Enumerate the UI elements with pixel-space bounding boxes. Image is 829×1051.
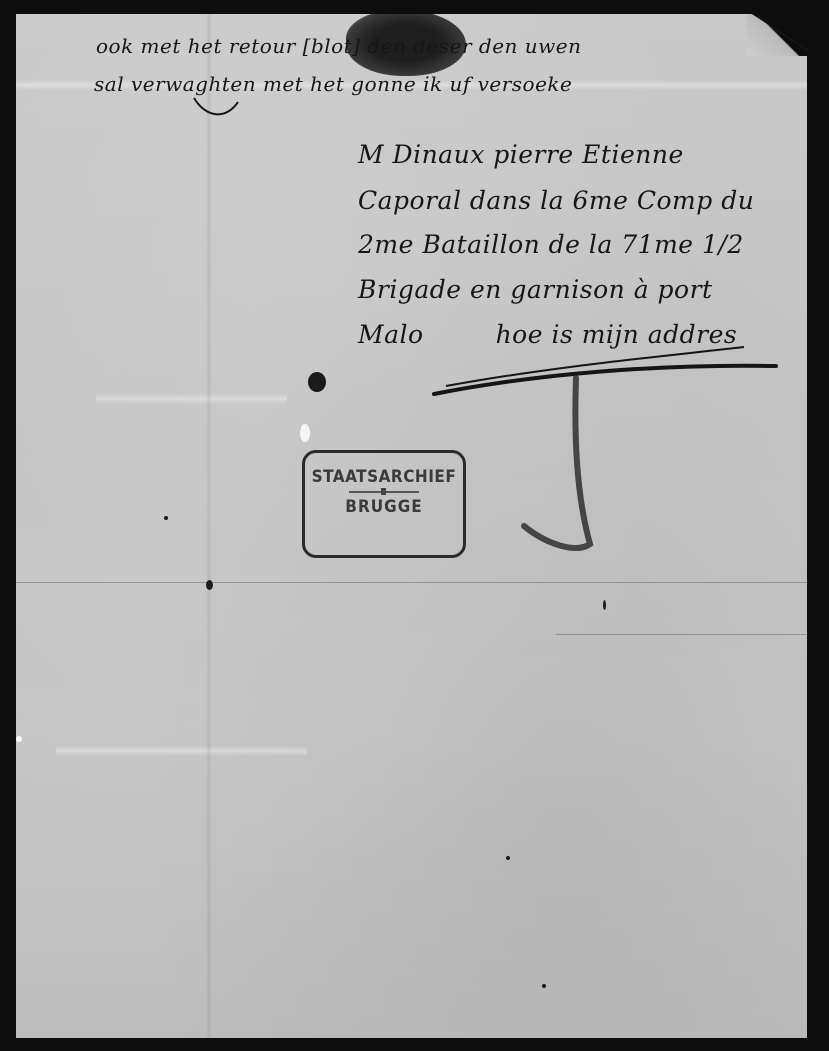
archive-stamp: STAATSARCHIEF BRUGGE (302, 450, 466, 558)
ink-spot (308, 372, 326, 392)
stamp-title: STAATSARCHIEF (305, 467, 463, 487)
ink-speck (603, 600, 606, 610)
stamp-city: BRUGGE (305, 497, 463, 517)
paper-damage (16, 736, 22, 742)
ink-speck (506, 856, 510, 860)
scan-border: ook met het retour [blot] den deser den … (0, 0, 829, 1051)
ink-speck (542, 984, 546, 988)
paper-damage (300, 424, 310, 442)
ink-speck (164, 516, 168, 520)
document-page: ook met het retour [blot] den deser den … (16, 14, 807, 1038)
ink-speck (206, 580, 213, 590)
stamp-separator (349, 491, 419, 493)
